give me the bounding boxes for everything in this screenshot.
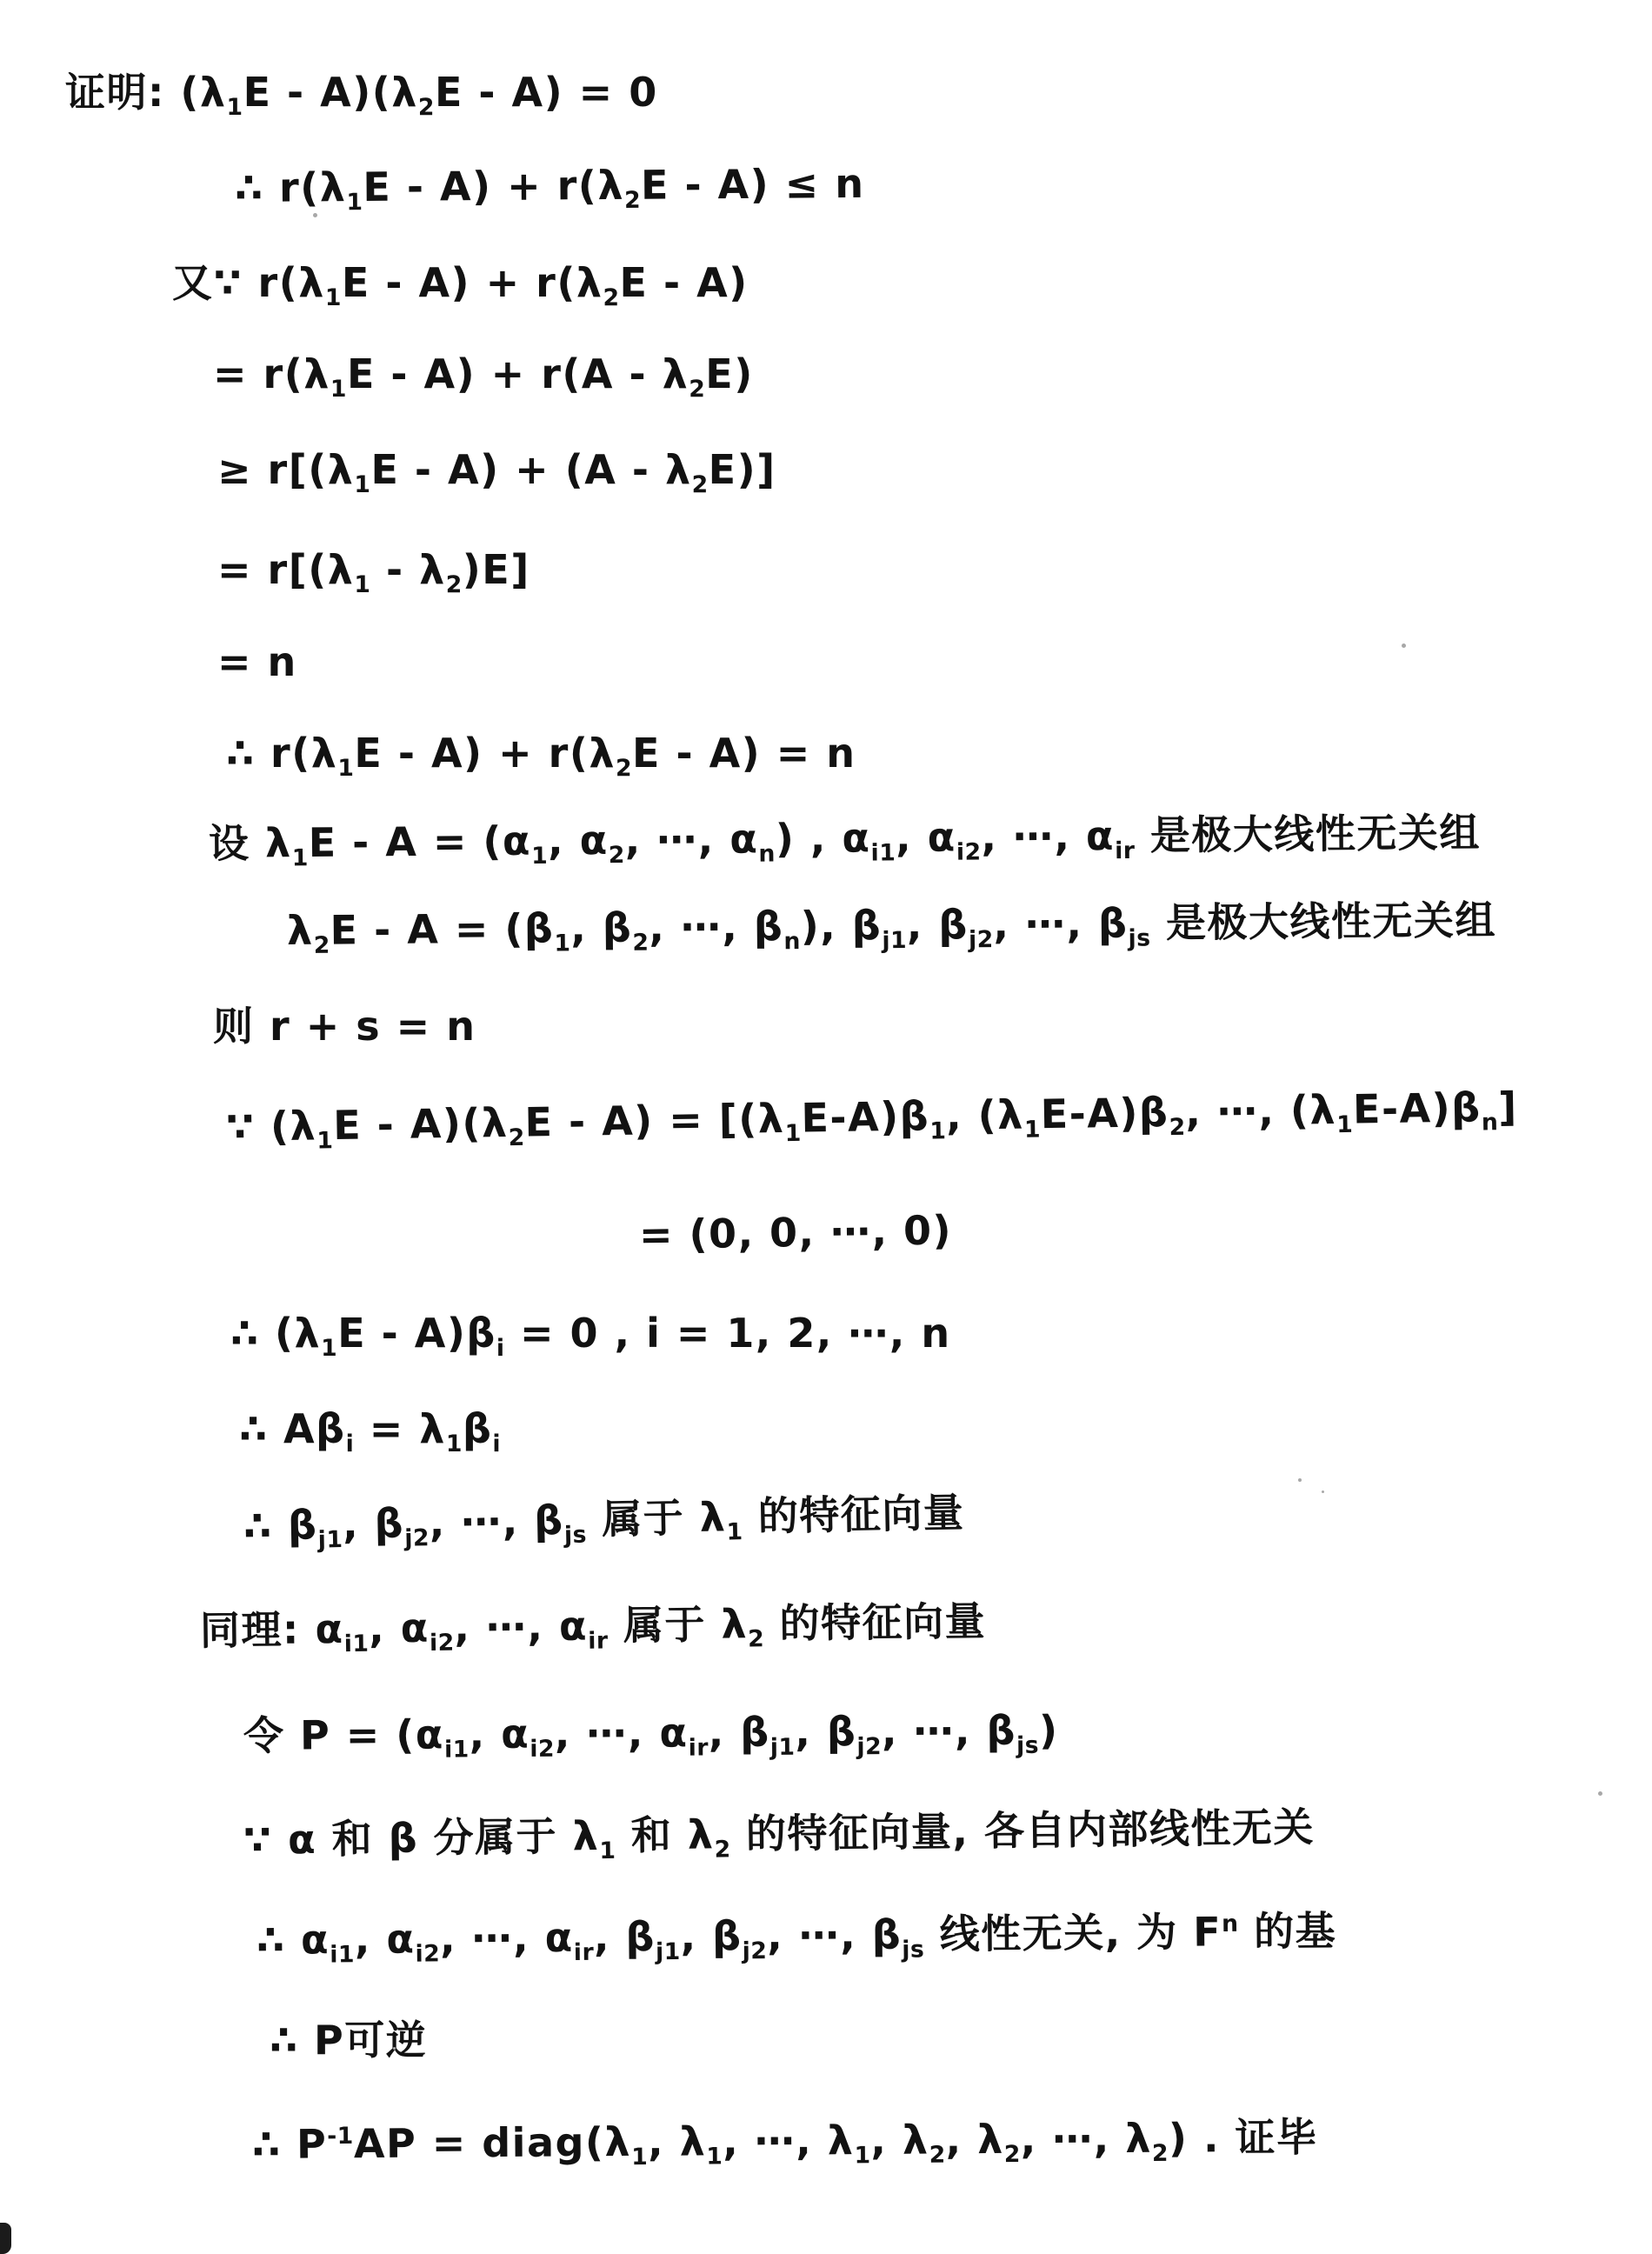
- scan-speck: [393, 2047, 396, 2050]
- scan-speck: [1402, 644, 1406, 648]
- scan-edge-artifact: [0, 2223, 11, 2254]
- proof-line-22: ∴ P-1AP = diag(λ1, λ1, ⋯, λ1, λ2, λ2, ⋯,…: [252, 2112, 1318, 2170]
- scan-speck: [1598, 1791, 1602, 1796]
- proof-line-13: = (0, 0, ⋯, 0): [639, 1205, 953, 1260]
- proof-line-04: = r(λ1E - A) + r(A - λ2E): [213, 350, 754, 400]
- proof-line-03: 又∵ r(λ1E - A) + r(λ2E - A): [172, 258, 749, 309]
- proof-line-21: ∴ P可逆: [270, 2016, 427, 2066]
- proof-line-12: ∵ (λ1E - A)(λ2E - A) = [(λ1E-A)β1, (λ1E-…: [226, 1083, 1519, 1153]
- proof-line-11: 则 r + s = n: [213, 1002, 476, 1052]
- proof-line-02: ∴ r(λ1E - A) + r(λ2E - A) ≤ n: [235, 159, 865, 214]
- proof-line-17: 同理: αi1, αi2, ⋯, αir 属于 λ2 的特征向量: [200, 1597, 987, 1657]
- proof-line-01: 证明: (λ1E - A)(λ2E - A) = 0: [65, 68, 658, 118]
- scan-speck: [1298, 1478, 1302, 1482]
- handwritten-proof-page: 证明: (λ1E - A)(λ2E - A) = 0 ∴ r(λ1E - A) …: [0, 0, 1652, 2254]
- proof-line-05: ≥ r[(λ1E - A) + (A - λ2E)]: [217, 445, 776, 496]
- proof-line-19: ∵ α 和 β 分属于 λ1 和 λ2 的特征向量, 各自内部线性无关: [243, 1803, 1316, 1866]
- proof-line-08: ∴ r(λ1E - A) + r(λ2E - A) = n: [226, 729, 856, 779]
- proof-line-07: = n: [217, 637, 297, 688]
- proof-line-10: λ2E - A = (β1, β2, ⋯, βn), βj1, βj2, ⋯, …: [287, 896, 1496, 957]
- proof-line-14: ∴ (λ1E - A)βi = 0 , i = 1, 2, ⋯, n: [230, 1309, 951, 1359]
- proof-line-18: 令 P = (αi1, αi2, ⋯, αir, βj1, βj2, ⋯, βj…: [243, 1705, 1059, 1761]
- proof-line-15: ∴ Aβi = λ1βi: [239, 1404, 501, 1455]
- proof-line-09: 设 λ1E - A = (α1, α2, ⋯, αn) , αi1, αi2, …: [209, 808, 1481, 869]
- proof-line-16: ∴ βj1, βj2, ⋯, βjs 属于 λ1 的特征向量: [243, 1488, 964, 1551]
- proof-line-20: ∴ αi1, αi2, ⋯, αir, βj1, βj2, ⋯, βjs 线性无…: [256, 1906, 1337, 1965]
- scan-speck: [1322, 1490, 1324, 1493]
- scan-speck: [313, 213, 317, 217]
- proof-line-06: = r[(λ1 - λ2)E]: [217, 545, 530, 596]
